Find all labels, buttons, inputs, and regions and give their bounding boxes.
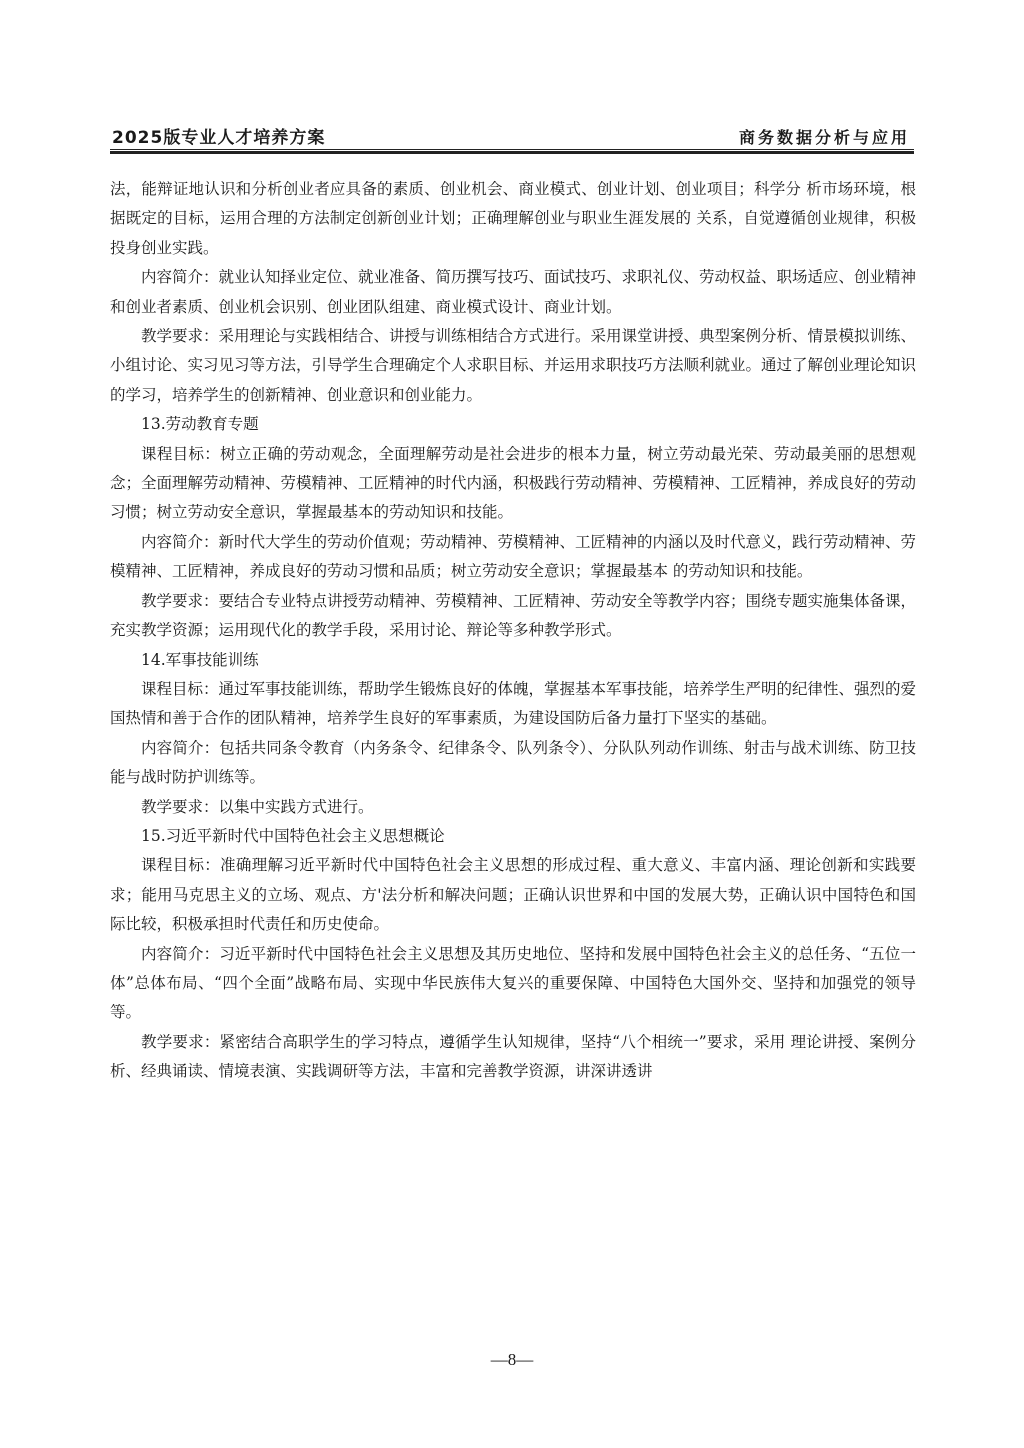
paragraph-teaching-requirements: 教学要求：要结合专业特点讲授劳动精神、劳模精神、工匠精神、劳动安全等教学内容；围… bbox=[110, 587, 916, 646]
header-major-title: 商务数据分析与应用 bbox=[739, 125, 910, 148]
paragraph-content-intro: 内容简介：就业认知择业定位、就业准备、简历撰写技巧、面试技巧、求职礼仪、劳动权益… bbox=[110, 263, 916, 322]
header-double-rule bbox=[110, 149, 914, 155]
section-heading-15: 15.习近平新时代中国特色社会主义思想概论 bbox=[110, 822, 916, 851]
paragraph-course-objective: 课程目标：通过军事技能训练，帮助学生锻炼良好的体魄，掌握基本军事技能，培养学生严… bbox=[110, 675, 916, 734]
paragraph-teaching-requirements: 教学要求：采用理论与实践相结合、讲授与训练相结合方式进行。采用课堂讲授、典型案例… bbox=[110, 322, 916, 410]
paragraph-teaching-requirements: 教学要求：以集中实践方式进行。 bbox=[110, 793, 916, 822]
section-heading-14: 14.军事技能训练 bbox=[110, 646, 916, 675]
paragraph-content-intro: 内容简介：习近平新时代中国特色社会主义思想及其历史地位、坚持和发展中国特色社会主… bbox=[110, 940, 916, 1028]
paragraph-course-objective: 课程目标：树立正确的劳动观念，全面理解劳动是社会进步的根本力量，树立劳动最光荣、… bbox=[110, 440, 916, 528]
paragraph-course-objective: 课程目标：准确理解习近平新时代中国特色社会主义思想的形成过程、重大意义、丰富内涵… bbox=[110, 851, 916, 939]
header-program-title: 2025版专业人才培养方案 bbox=[112, 123, 325, 148]
page-number: —8— bbox=[0, 1350, 1024, 1370]
document-page: 2025版专业人才培养方案 商务数据分析与应用 法，能辩证地认识和分析创业者应具… bbox=[0, 0, 1024, 1448]
paragraph-continuation: 法，能辩证地认识和分析创业者应具备的素质、创业机会、商业模式、创业计划、创业项目… bbox=[110, 175, 916, 263]
paragraph-content-intro: 内容简介：包括共同条令教育（内务条令、纪律条令、队列条令）、分队队列动作训练、射… bbox=[110, 734, 916, 793]
paragraph-teaching-requirements: 教学要求：紧密结合高职学生的学习特点，遵循学生认知规律，坚持“八个相统一”要求，… bbox=[110, 1028, 916, 1087]
section-heading-13: 13.劳动教育专题 bbox=[110, 410, 916, 439]
page-header: 2025版专业人才培养方案 商务数据分析与应用 bbox=[110, 126, 914, 148]
header-rule-thin bbox=[110, 149, 914, 150]
body-text: 法，能辩证地认识和分析创业者应具备的素质、创业机会、商业模式、创业计划、创业项目… bbox=[110, 175, 916, 1087]
paragraph-content-intro: 内容简介：新时代大学生的劳动价值观；劳动精神、劳模精神、工匠精神的内涵以及时代意… bbox=[110, 528, 916, 587]
header-rule-thick bbox=[110, 151, 914, 154]
